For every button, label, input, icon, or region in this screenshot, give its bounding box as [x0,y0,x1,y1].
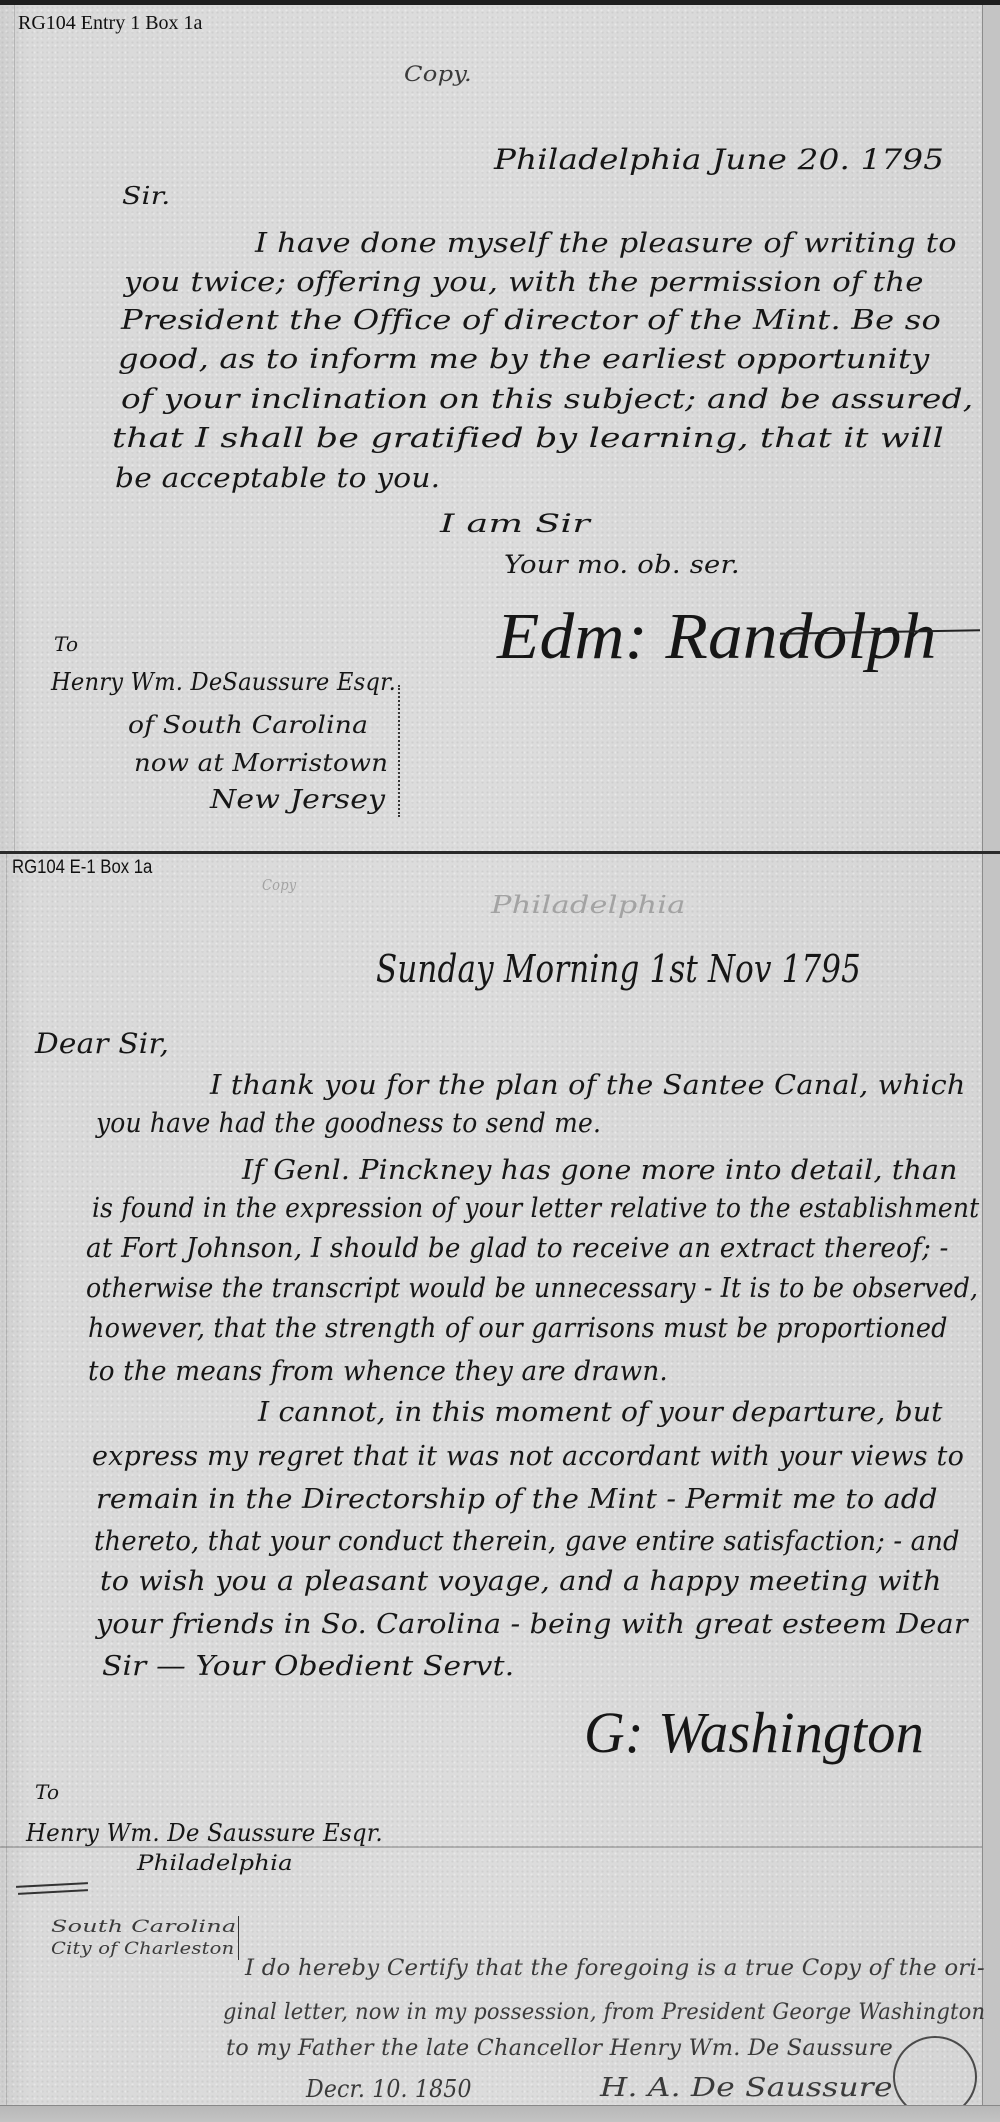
letter-washington-1795: RG104 E-1 Box 1a Copy Philadelphia Sunda… [0,851,1000,2122]
paper-edge [982,5,1000,851]
copy-mark: Copy. [404,64,472,85]
closing-line: I am Sir [440,511,590,536]
body-line: at Fort Johnson, I should be glad to rec… [86,1235,949,1262]
body-line: I have done myself the pleasure of writi… [255,230,957,257]
body-line: I cannot, in this moment of your departu… [258,1399,943,1426]
closing-line: Your mo. ob. ser. [504,552,740,577]
address-name: Henry Wm. DeSaussure Esqr. [51,670,396,694]
jurisdiction-line: City of Charleston [51,1941,234,1958]
address-to: To [35,1782,59,1802]
address-to: To [54,634,78,654]
paper-bottom-edge [0,2105,1000,2122]
certification-line: to my Father the late Chancellor Henry W… [226,2038,893,2060]
signature-randolph: Edm: Randolph [497,604,937,670]
certification-signature: H. A. De Saussure [600,2075,893,2101]
faint-placename: Philadelphia [491,893,686,917]
paper-edge [982,854,1000,2122]
paper-fold-line [6,854,7,2122]
body-line: however, that the strength of our garris… [88,1315,948,1342]
fold-crease [0,1846,982,1848]
body-line: is found in the expression of your lette… [92,1195,979,1222]
double-dash-mark [18,1889,88,1895]
dateline: Philadelphia June 20. 1795 [494,146,944,174]
address-line: now at Morristown [134,751,388,775]
body-line: to wish you a pleasant voyage, and a hap… [100,1568,942,1595]
address-brace [392,685,400,817]
body-line: your friends in So. Carolina - being wit… [96,1611,968,1638]
copy-mark: Copy [262,878,296,893]
body-line: otherwise the transcript would be unnece… [86,1275,978,1302]
body-line: that I shall be gratified by learning, t… [112,425,944,452]
body-line: you twice; offering you, with the permis… [124,269,924,296]
body-line: express my regret that it was not accord… [92,1443,964,1470]
certification-line: ginal letter, now in my possession, from… [223,2002,985,2024]
body-line: you have had the goodness to send me. [96,1110,601,1137]
body-line: good, as to inform me by the earliest op… [118,346,929,373]
certification-line: I do hereby Certify that the foregoing i… [245,1958,985,1980]
letter-randolph-1795: RG104 Entry 1 Box 1a Copy. Philadelphia … [0,0,1000,851]
double-dash-mark [16,1882,88,1888]
paper-fold-line [14,5,15,851]
body-line: thereto, that your conduct therein, gave… [94,1528,960,1555]
address-line: of South Carolina [128,713,368,737]
address-line: New Jersey [210,787,385,813]
archive-label: RG104 Entry 1 Box 1a [18,13,202,33]
body-line: to the means from whence they are drawn. [88,1358,668,1385]
dateline: Sunday Morning 1st Nov 1795 [376,950,861,988]
body-line: President the Office of director of the … [121,307,941,334]
body-line: I thank you for the plan of the Santee C… [210,1072,966,1099]
body-line: remain in the Directorship of the Mint -… [96,1486,938,1513]
jurisdiction-brace [232,1916,239,1960]
salutation: Sir. [122,184,170,208]
body-line: Sir — Your Obedient Servt. [102,1653,514,1680]
body-line: If Genl. Pinckney has gone more into det… [242,1157,958,1184]
address-city: Philadelphia [137,1853,293,1874]
body-line: be acceptable to you. [115,465,440,492]
salutation: Dear Sir, [35,1030,169,1058]
archive-label: RG104 E-1 Box 1a [12,858,152,877]
certification-date: Decr. 10. 1850 [306,2077,472,2101]
body-line: of your inclination on this subject; and… [121,386,973,413]
jurisdiction-line: South Carolina [51,1919,236,1936]
address-name: Henry Wm. De Saussure Esqr. [26,1821,383,1845]
signature-washington: G: Washington [584,1704,924,1762]
